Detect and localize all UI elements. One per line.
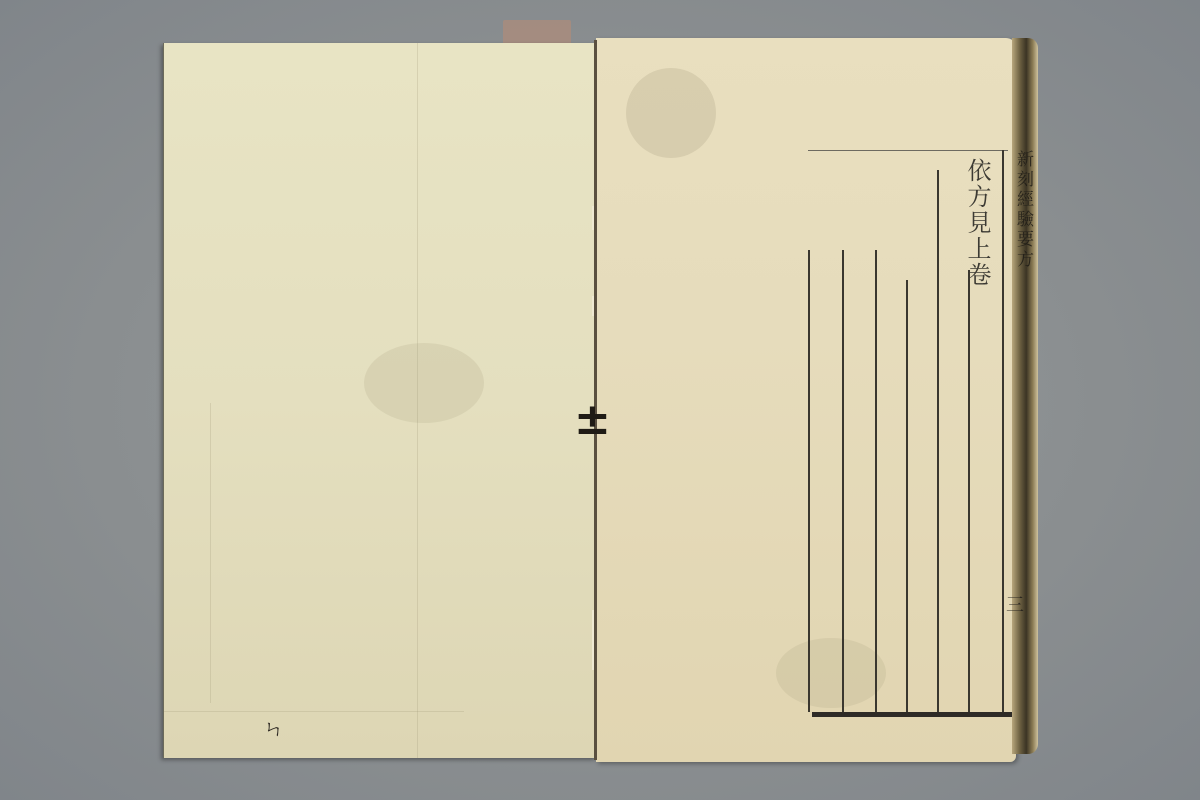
column-line: [968, 270, 970, 712]
book-photo-background: ㄣ 依方見上卷 新刻經驗要方 三 ±: [0, 0, 1200, 800]
edge-page-number: 三: [1002, 595, 1026, 617]
column-line: [906, 280, 908, 712]
binding-thread: [592, 206, 594, 230]
gutter-fold-mark: ±: [574, 398, 611, 442]
edge-title-text: 新刻經驗要方: [1014, 150, 1036, 270]
binding-thread: [592, 610, 594, 670]
paper-stain: [364, 343, 484, 423]
column-line: [808, 250, 810, 712]
binding-thread: [592, 296, 594, 316]
column-line: [842, 250, 844, 712]
column-line: [875, 250, 877, 712]
paper-stain: [626, 68, 716, 158]
column-line: [1002, 150, 1004, 712]
page-edge-stack: [1012, 38, 1038, 754]
frame-bottom-border: [812, 712, 1012, 717]
bleed-through-line: [164, 711, 464, 712]
bleed-through-line: [210, 403, 211, 703]
column-text: 依方見上卷: [960, 158, 994, 288]
column-line: [937, 170, 939, 712]
left-page: [163, 43, 597, 758]
